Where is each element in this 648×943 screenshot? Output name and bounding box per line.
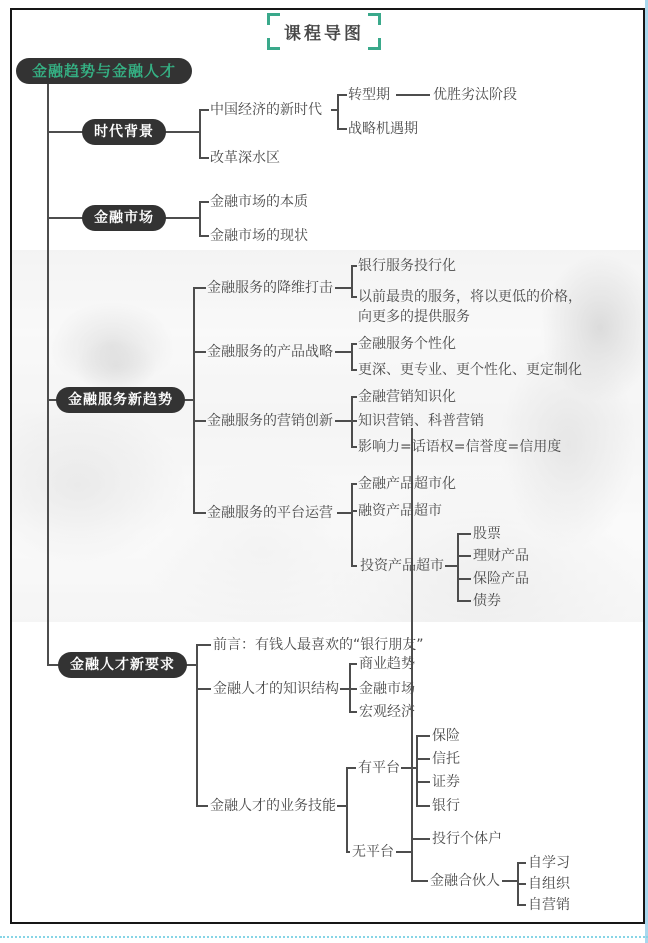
node-insurance: 保险 <box>432 727 460 745</box>
node-platform-operation: 金融服务的平台运营 <box>207 504 333 522</box>
node-financing-supermarket: 融资产品超市 <box>358 502 442 520</box>
node-bank: 银行 <box>432 797 460 815</box>
node-cheaper-service-line2: 向更多的提供服务 <box>358 308 470 326</box>
bracket-corner-icon <box>267 13 280 25</box>
root-node-financial-trends-and-talent: 金融趋势与金融人才 <box>16 58 192 84</box>
node-knowledge-marketing: 知识营销、科普营销 <box>358 412 484 430</box>
course-map-page: 课程导图 金融趋势与金融人才 时代背景 中国经济的新时代 转型期 优胜劣汰阶段 … <box>0 0 648 943</box>
node-business-skills: 金融人才的业务技能 <box>210 797 336 815</box>
node-self-learning: 自学习 <box>528 854 570 872</box>
title-row: 课程导图 <box>0 13 648 50</box>
connector-branch-market <box>160 202 208 236</box>
node-wealth-products: 理财产品 <box>473 547 529 565</box>
node-financial-partner: 金融合伙人 <box>430 872 500 890</box>
node-survival-of-fittest-stage: 优胜劣汰阶段 <box>433 86 517 104</box>
node-strategic-opportunity-period: 战略机遇期 <box>348 120 418 138</box>
node-self-organization: 自组织 <box>528 875 570 893</box>
node-bonds: 债券 <box>473 592 501 610</box>
node-preface-bank-friend: 前言：有钱人最喜欢的“银行朋友” <box>213 636 424 654</box>
bracket-corner-icon <box>368 38 381 50</box>
node-ib-individual: 投行个体户 <box>432 830 502 848</box>
node-market-status: 金融市场的现状 <box>210 227 308 245</box>
branch-pill-era-background: 时代背景 <box>82 119 166 145</box>
node-transition-period: 转型期 <box>348 86 390 104</box>
node-reform-deep-water-zone: 改革深水区 <box>210 149 280 167</box>
node-market-essence: 金融市场的本质 <box>210 193 308 211</box>
page-title-text: 课程导图 <box>284 24 364 44</box>
bracket-corner-icon <box>368 13 381 25</box>
node-macro-economy: 宏观经济 <box>359 703 415 721</box>
node-bank-service-investment-banking: 银行服务投行化 <box>358 257 456 275</box>
connector-trunk <box>48 83 82 665</box>
branch-pill-financial-market: 金融市场 <box>82 205 166 231</box>
node-influence-equation: 影响力=话语权=信誉度=信用度 <box>358 438 561 456</box>
node-trust: 信托 <box>432 750 460 768</box>
node-financial-market-knowledge: 金融市场 <box>359 680 415 698</box>
node-securities: 证券 <box>432 773 460 791</box>
node-china-economy-new-era: 中国经济的新时代 <box>210 101 322 119</box>
node-business-trends: 商业趋势 <box>359 655 415 673</box>
node-stocks: 股票 <box>473 525 501 543</box>
node-investment-supermarket: 投资产品超市 <box>360 557 444 575</box>
node-product-strategy: 金融服务的产品战略 <box>207 343 333 361</box>
bracket-corner-icon <box>267 38 280 50</box>
branch-pill-talent-requirements: 金融人才新要求 <box>58 652 187 678</box>
node-without-platform: 无平台 <box>352 843 394 861</box>
page-title: 课程导图 <box>267 13 381 50</box>
node-product-supermarket: 金融产品超市化 <box>358 475 456 493</box>
node-self-marketing: 自营销 <box>528 896 570 914</box>
node-marketing-innovation: 金融服务的营销创新 <box>207 412 333 430</box>
node-knowledge-structure: 金融人才的知识结构 <box>213 680 339 698</box>
node-personalized-service: 金融服务个性化 <box>358 335 456 353</box>
node-with-platform: 有平台 <box>358 759 400 777</box>
node-deeper-more-professional: 更深、更专业、更个性化、更定制化 <box>358 361 582 379</box>
node-dimension-reduction-strike: 金融服务的降维打击 <box>207 279 333 297</box>
node-insurance-products: 保险产品 <box>473 570 529 588</box>
branch-pill-new-service-trends: 金融服务新趋势 <box>56 387 185 413</box>
node-cheaper-service-line1: 以前最贵的服务，将以更低的价格， <box>358 288 582 306</box>
node-marketing-knowledge: 金融营销知识化 <box>358 388 456 406</box>
